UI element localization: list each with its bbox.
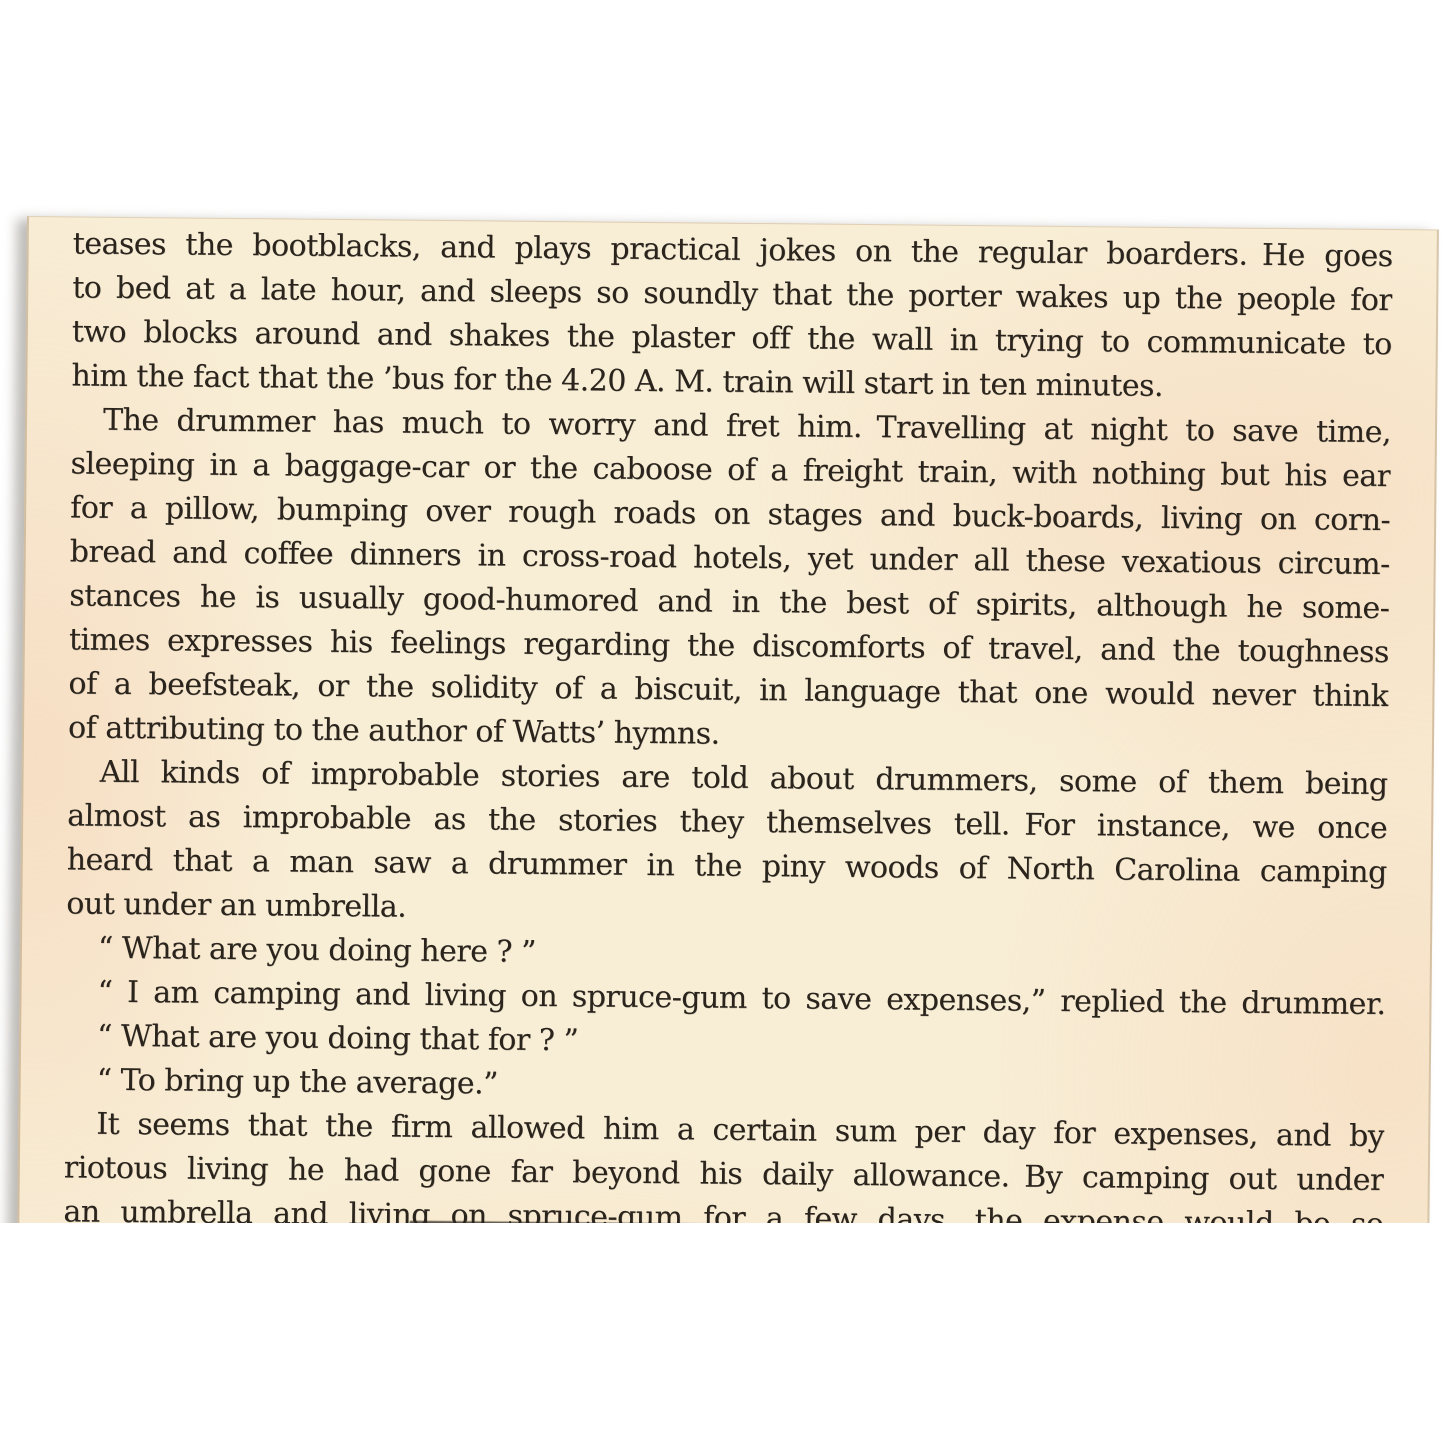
text-block: teases the bootblacks, and plays practic… (19, 217, 1437, 1223)
book-page-paper: teases the bootblacks, and plays practic… (15, 216, 1438, 1223)
scan-area: teases the bootblacks, and plays practic… (0, 0, 1445, 1223)
scanned-page-image: teases the bootblacks, and plays practic… (0, 0, 1445, 1445)
